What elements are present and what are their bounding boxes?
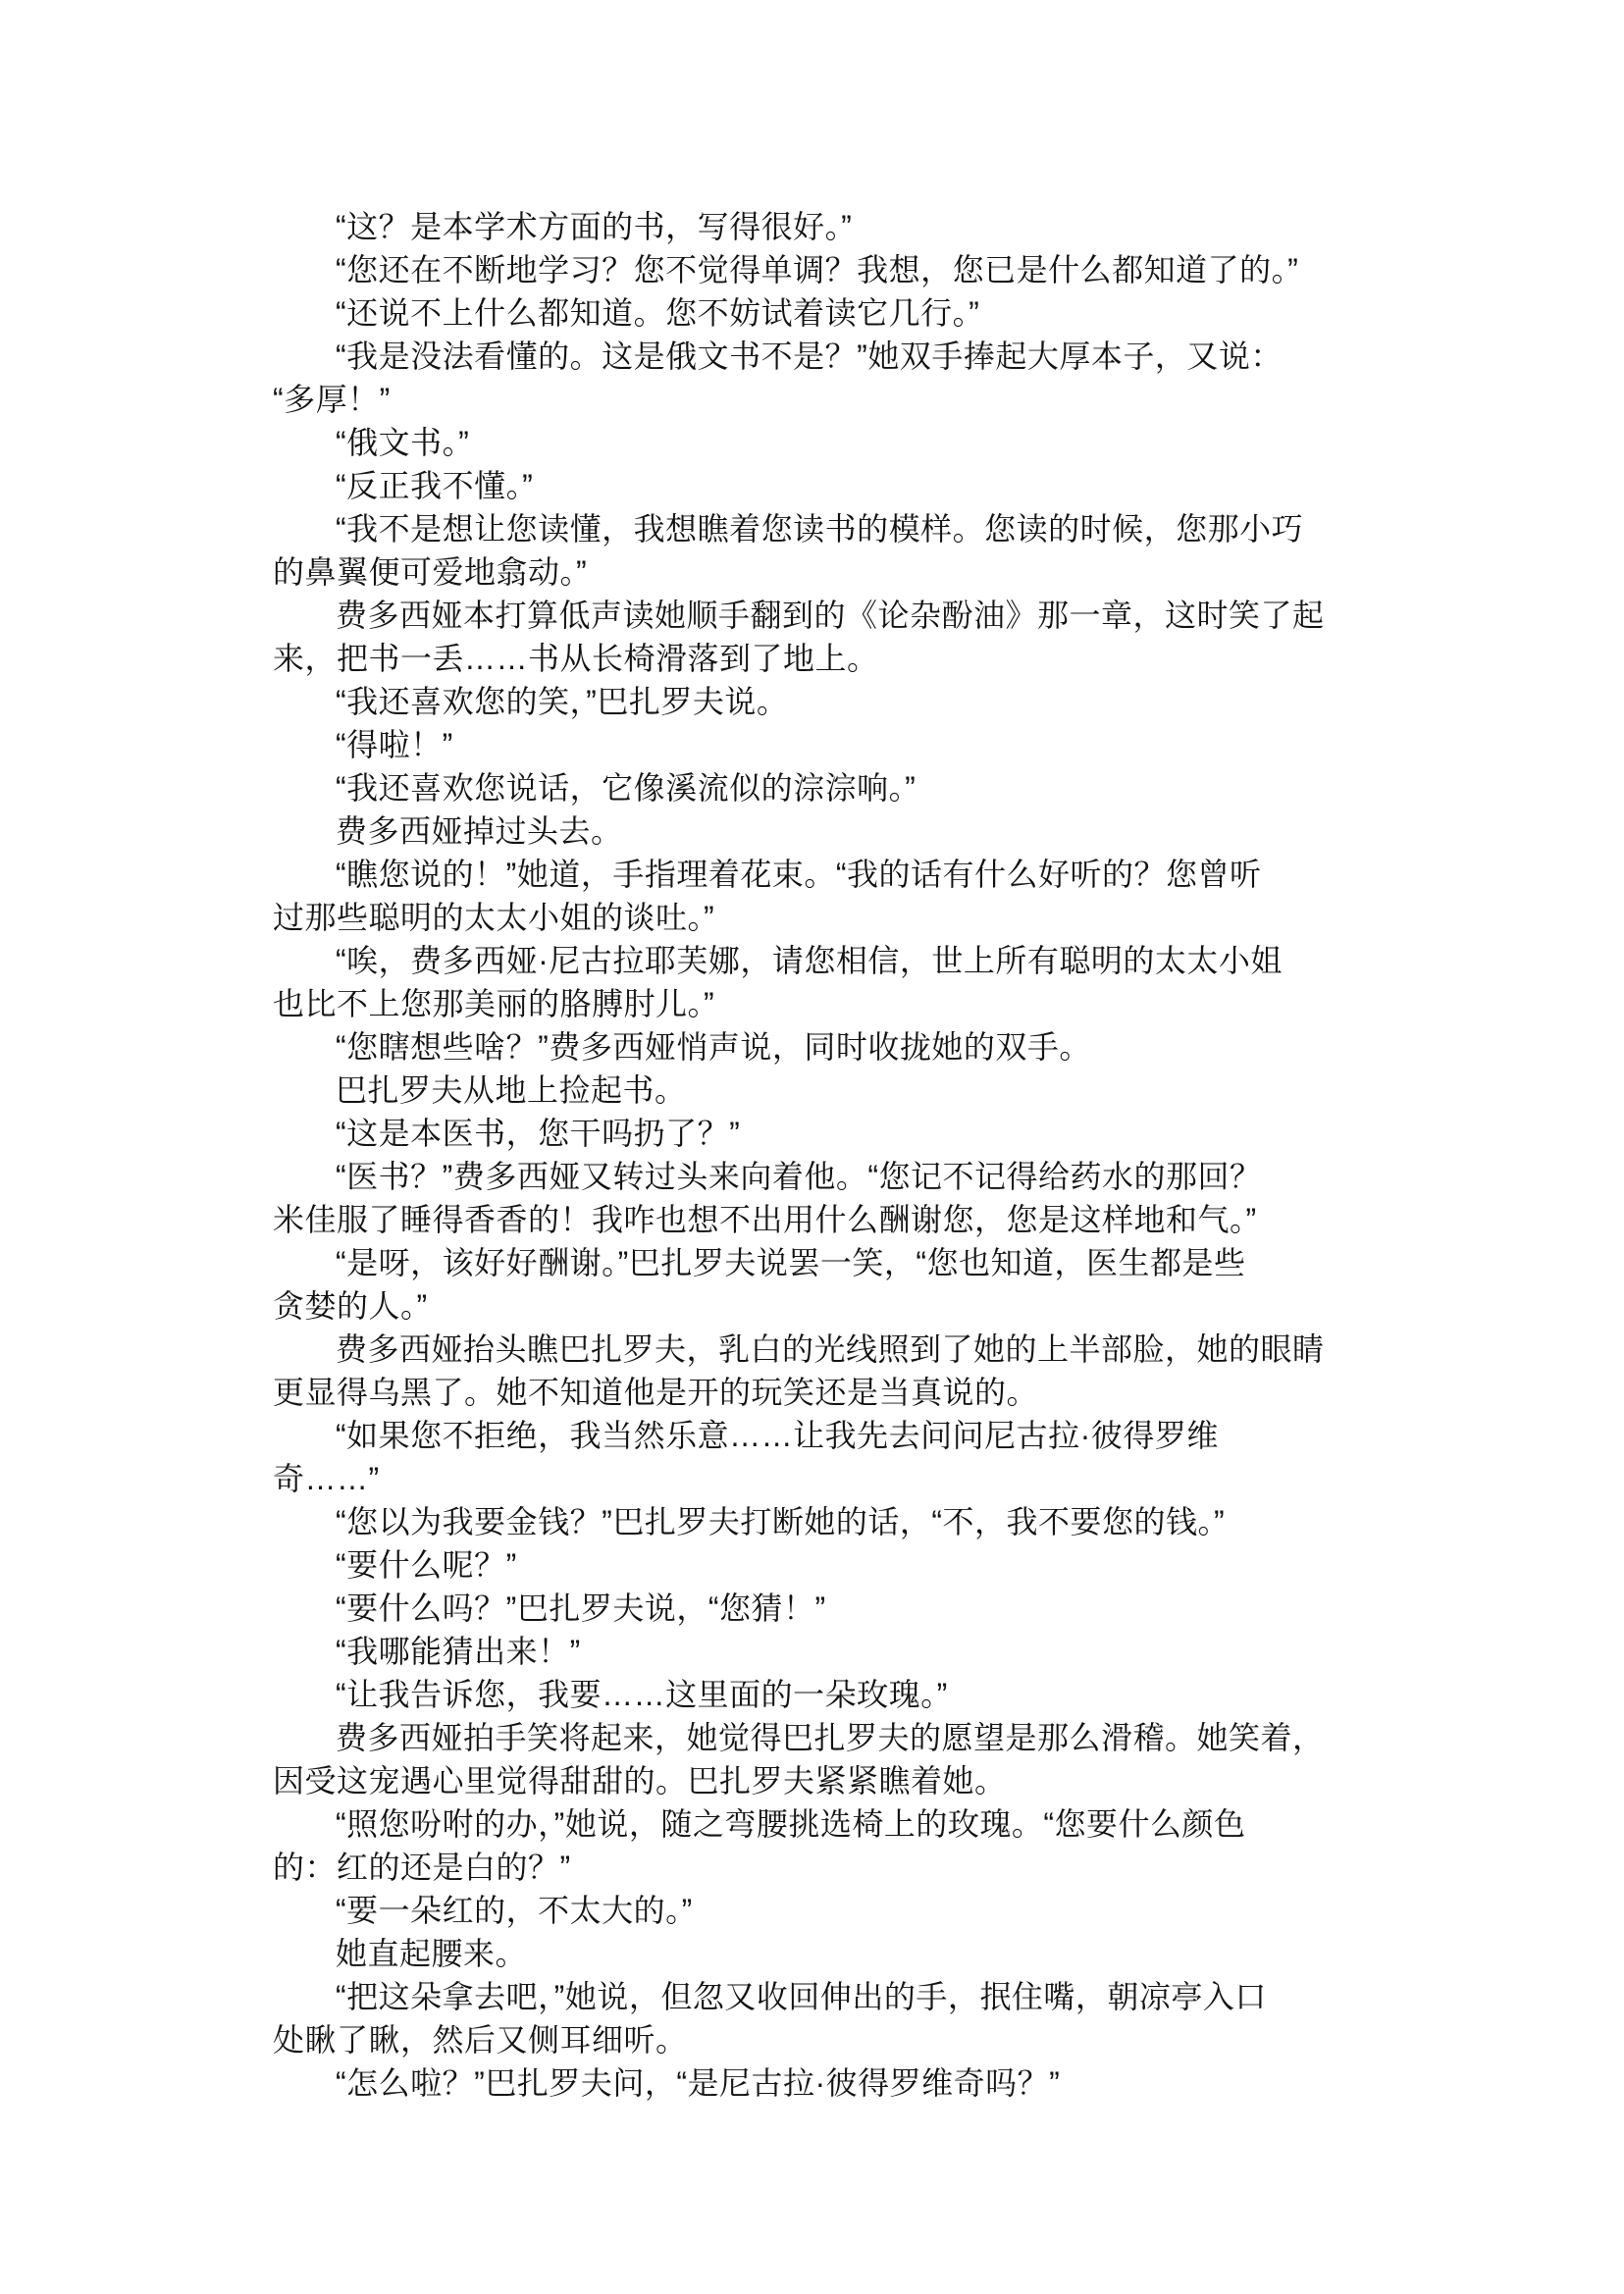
text-line: “我还喜欢您的笑，”巴扎罗夫说。 (273, 680, 1354, 723)
text-line: 因受这宠遇心里觉得甜甜的。巴扎罗夫紧紧瞧着她。 (273, 1759, 1354, 1802)
text-line: “是呀，该好好酬谢。”巴扎罗夫说罢一笑，“您也知道，医生都是些 (273, 1241, 1354, 1284)
text-line: 的鼻翼便可爱地翕动。” (273, 550, 1354, 594)
text-line: 巴扎罗夫从地上捡起书。 (273, 1069, 1354, 1112)
text-line: 处瞅了瞅，然后又侧耳细听。 (273, 2018, 1354, 2061)
text-line: “要什么呢？” (273, 1543, 1354, 1587)
text-line: “您以为我要金钱？”巴扎罗夫打断她的话，“不，我不要您的钱。” (273, 1500, 1354, 1543)
text-line: “如果您不拒绝，我当然乐意……让我先去问问尼古拉·彼得罗维 (273, 1414, 1354, 1457)
text-line: 奇……” (273, 1457, 1354, 1500)
text-line: “让我告诉您，我要……这里面的一朵玫瑰。” (273, 1673, 1354, 1716)
text-line: 的：红的还是白的？” (273, 1846, 1354, 1889)
text-line: “瞧您说的！”她道，手指理着花束。“我的话有什么好听的？您曾听 (273, 853, 1354, 896)
text-line: 更显得乌黑了。她不知道他是开的玩笑还是当真说的。 (273, 1371, 1354, 1414)
text-line: “还说不上什么都知道。您不妨试着读它几行。” (273, 291, 1354, 335)
text-line: 过那些聪明的太太小姐的谈吐。” (273, 896, 1354, 939)
text-line: “医书？”费多西娅又转过头来向着他。“您记不记得给药水的那回？ (273, 1155, 1354, 1198)
text-line: “怎么啦？”巴扎罗夫问，“是尼古拉·彼得罗维奇吗？” (273, 2061, 1354, 2105)
text-line: “多厚！” (273, 378, 1354, 421)
text-line: “我哪能猜出来！” (273, 1630, 1354, 1673)
text-line: 她直起腰来。 (273, 1932, 1354, 1975)
text-line: “我不是想让您读懂，我想瞧着您读书的模样。您读的时候，您那小巧 (273, 507, 1354, 550)
text-line: “要一朵红的，不太大的。” (273, 1889, 1354, 1932)
text-line: “您还在不断地学习？您不觉得单调？我想，您已是什么都知道了的。” (273, 248, 1354, 291)
text-line: “把这朵拿去吧，”她说，但忽又收回伸出的手，抿住嘴，朝凉亭入口 (273, 1975, 1354, 2018)
text-line: “反正我不懂。” (273, 464, 1354, 507)
text-line: “俄文书。” (273, 421, 1354, 464)
text-line: 费多西娅掉过头去。 (273, 809, 1354, 853)
text-line: 费多西娅本打算低声读她顺手翻到的《论杂酚油》那一章，这时笑了起 (273, 594, 1354, 637)
text-line: “这是本医书，您干吗扔了？” (273, 1112, 1354, 1155)
text-line: “要什么吗？”巴扎罗夫说，“您猜！” (273, 1587, 1354, 1630)
text-line: “得啦！” (273, 723, 1354, 766)
page-text: “这？是本学术方面的书，写得很好。”“您还在不断地学习？您不觉得单调？我想，您已… (273, 205, 1354, 2105)
text-line: “您瞎想些啥？”费多西娅悄声说，同时收拢她的双手。 (273, 1025, 1354, 1069)
text-line: 米佳服了睡得香香的！我咋也想不出用什么酬谢您，您是这样地和气。” (273, 1198, 1354, 1241)
book-page: “这？是本学术方面的书，写得很好。”“您还在不断地学习？您不觉得单调？我想，您已… (0, 0, 1624, 2294)
document-page: { "page": { "kind": "printed-book-page",… (0, 0, 1624, 2294)
text-line: 费多西娅拍手笑将起来，她觉得巴扎罗夫的愿望是那么滑稽。她笑着， (273, 1716, 1354, 1759)
text-line: 费多西娅抬头瞧巴扎罗夫，乳白的光线照到了她的上半部脸，她的眼睛 (273, 1328, 1354, 1371)
text-line: “照您吩咐的办，”她说，随之弯腰挑选椅上的玫瑰。“您要什么颜色 (273, 1802, 1354, 1846)
text-line: “这？是本学术方面的书，写得很好。” (273, 205, 1354, 248)
text-line: “我是没法看懂的。这是俄文书不是？”她双手捧起大厚本子，又说： (273, 335, 1354, 378)
text-line: 也比不上您那美丽的胳膊肘儿。” (273, 982, 1354, 1025)
text-line: “我还喜欢您说话，它像溪流似的淙淙响。” (273, 766, 1354, 809)
text-line: 来，把书一丢……书从长椅滑落到了地上。 (273, 637, 1354, 680)
text-line: 贪婪的人。” (273, 1284, 1354, 1328)
text-line: “唉，费多西娅·尼古拉耶芙娜，请您相信，世上所有聪明的太太小姐 (273, 939, 1354, 982)
